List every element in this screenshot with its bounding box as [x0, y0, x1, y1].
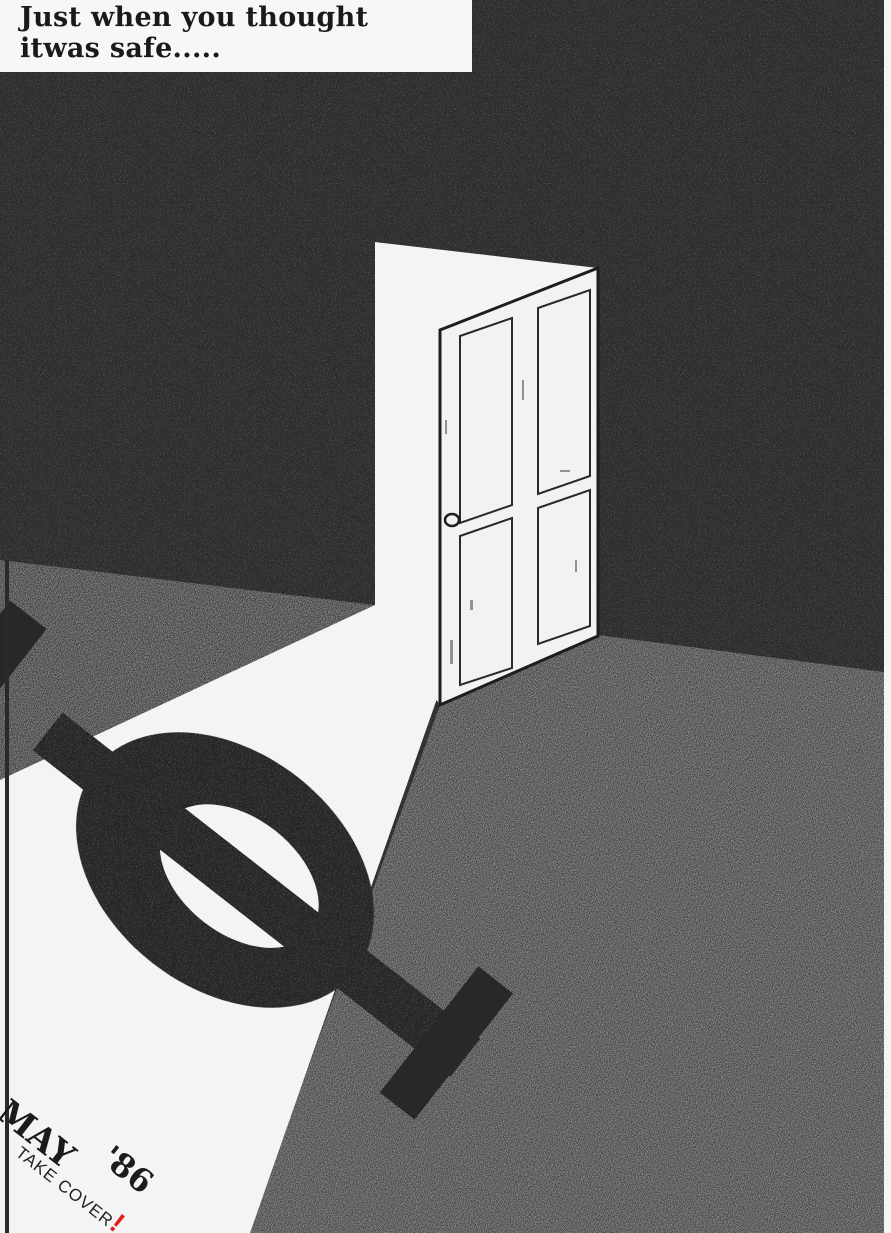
headline-banner: Just when you thought itwas safe..... — [0, 0, 472, 72]
open-door — [440, 268, 598, 705]
cover-illustration — [0, 0, 891, 1233]
headline-line-1: Just when you thought — [20, 2, 472, 33]
headline-line-2: itwas safe..... — [20, 33, 472, 64]
